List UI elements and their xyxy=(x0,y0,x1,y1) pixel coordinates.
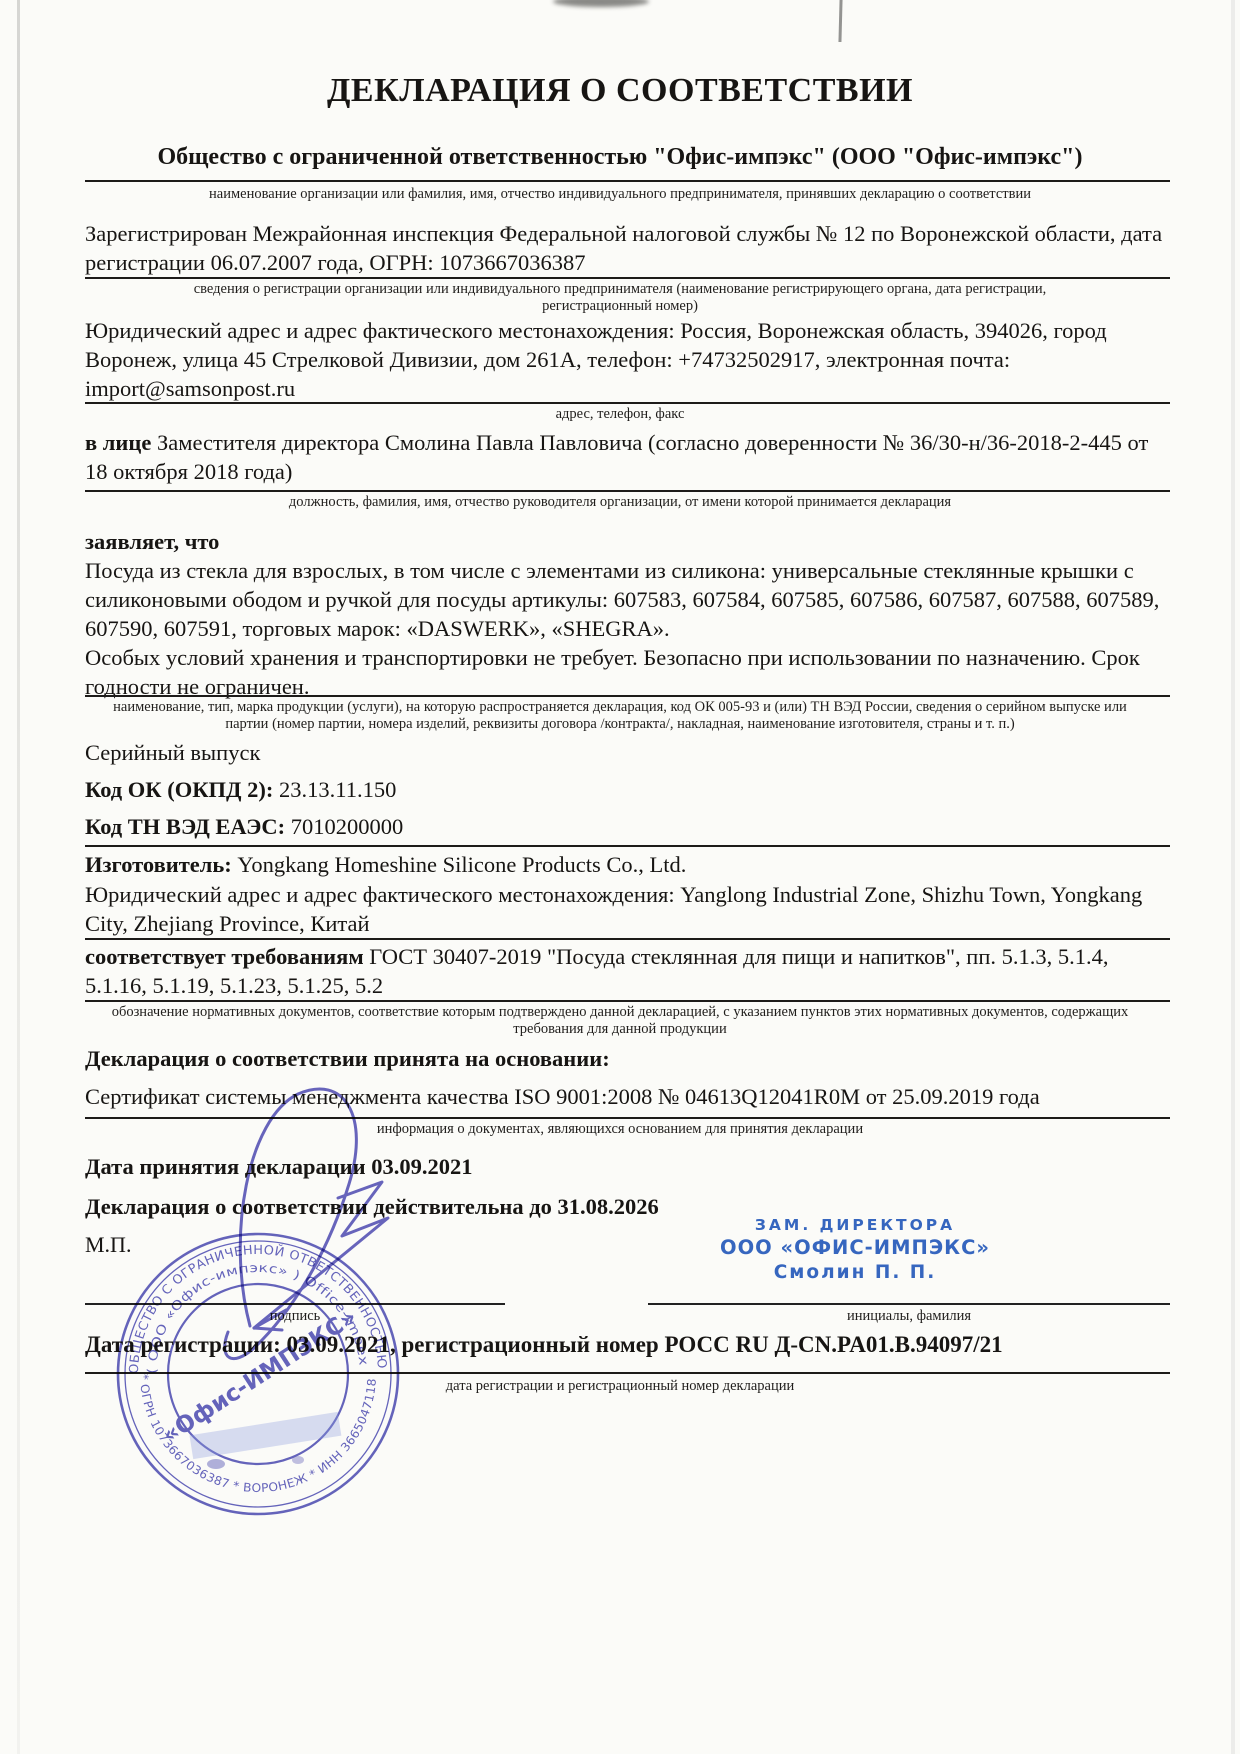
rule-manufacturer xyxy=(85,938,1170,940)
handwritten-signature xyxy=(130,1076,460,1376)
caption-company: наименование организации или фамилия, им… xyxy=(105,186,1135,203)
caption-address: адрес, телефон, факс xyxy=(420,406,820,423)
product-paragraph: Посуда из стекла для взрослых, в том чис… xyxy=(85,556,1170,701)
code-okpd-line: Код ОК (ОКПД 2): 23.13.11.150 xyxy=(85,775,1170,804)
scan-edge-right xyxy=(1231,0,1235,1754)
code-okpd-value: 23.13.11.150 xyxy=(273,777,396,802)
facsimile-text-block: ЗАМ. ДИРЕКТОРА ООО «ОФИС-ИМПЭКС» Смолин … xyxy=(690,1216,1020,1284)
caption-conforms: обозначение нормативных документов, соот… xyxy=(95,1004,1145,1039)
initials-line xyxy=(648,1303,1170,1305)
conforms-label: соответствует требованиям xyxy=(85,944,364,969)
person-label: в лице xyxy=(85,430,151,455)
scan-mark-top xyxy=(838,0,842,42)
document-title: ДЕКЛАРАЦИЯ О СООТВЕТСТВИИ xyxy=(0,72,1240,110)
code-tnved-value: 7010200000 xyxy=(285,814,403,839)
code-tnved-line: Код ТН ВЭД ЕАЭС: 7010200000 xyxy=(85,812,1170,841)
rule-codes xyxy=(85,845,1170,847)
seal-ink-blot-2 xyxy=(292,1456,304,1464)
scan-smudge-top xyxy=(553,0,649,7)
rule-registration xyxy=(85,277,1170,279)
manufacturer-label: Изготовитель: xyxy=(85,852,232,877)
caption-registration: сведения о регистрации организации или и… xyxy=(140,281,1100,316)
manufacturer-value: Yongkang Homeshine Silicone Products Co.… xyxy=(232,852,687,877)
rule-company xyxy=(85,180,1170,182)
facsimile-position: ЗАМ. ДИРЕКТОРА xyxy=(690,1216,1020,1236)
product-description: Посуда из стекла для взрослых, в том чис… xyxy=(85,556,1170,643)
rule-product xyxy=(85,695,1170,697)
code-okpd-label: Код ОК (ОКПД 2): xyxy=(85,777,273,802)
caption-product: наименование, тип, марка продукции (услу… xyxy=(100,699,1140,734)
facsimile-name: Смолин П. П. xyxy=(690,1261,1020,1285)
rule-conforms xyxy=(85,1000,1170,1002)
person-text: Заместителя директора Смолина Павла Павл… xyxy=(85,430,1148,484)
person-paragraph: в лице Заместителя директора Смолина Пав… xyxy=(85,428,1170,486)
code-tnved-label: Код ТН ВЭД ЕАЭС: xyxy=(85,814,285,839)
declares-label: заявляет, что xyxy=(85,527,1170,556)
caption-initials: инициалы, фамилия xyxy=(648,1308,1170,1325)
seal-ink-blot xyxy=(207,1459,225,1469)
company-name: Общество с ограниченной ответственностью… xyxy=(0,144,1240,171)
serial-release: Серийный выпуск xyxy=(85,738,1170,767)
rule-address xyxy=(85,402,1170,404)
product-conditions: Особых условий хранения и транспортировк… xyxy=(85,643,1170,701)
manufacturer-line: Изготовитель: Yongkang Homeshine Silicon… xyxy=(85,850,1170,879)
basis-label: Декларация о соответствии принята на осн… xyxy=(85,1044,1170,1073)
address-paragraph: Юридический адрес и адрес фактического м… xyxy=(85,316,1170,403)
signature-loop xyxy=(225,1089,357,1359)
facsimile-company: ООО «ОФИС-ИМПЭКС» xyxy=(690,1236,1020,1261)
rule-person xyxy=(85,490,1170,492)
conforms-paragraph: соответствует требованиям ГОСТ 30407-201… xyxy=(85,942,1170,1000)
caption-reg-number: дата регистрации и регистрационный номер… xyxy=(340,1378,900,1395)
manufacturer-address: Юридический адрес и адрес фактического м… xyxy=(85,880,1170,938)
scan-crease-left xyxy=(17,0,20,1754)
registration-paragraph: Зарегистрирован Межрайонная инспекция Фе… xyxy=(85,219,1170,277)
caption-person: должность, фамилия, имя, отчество руково… xyxy=(100,494,1140,511)
